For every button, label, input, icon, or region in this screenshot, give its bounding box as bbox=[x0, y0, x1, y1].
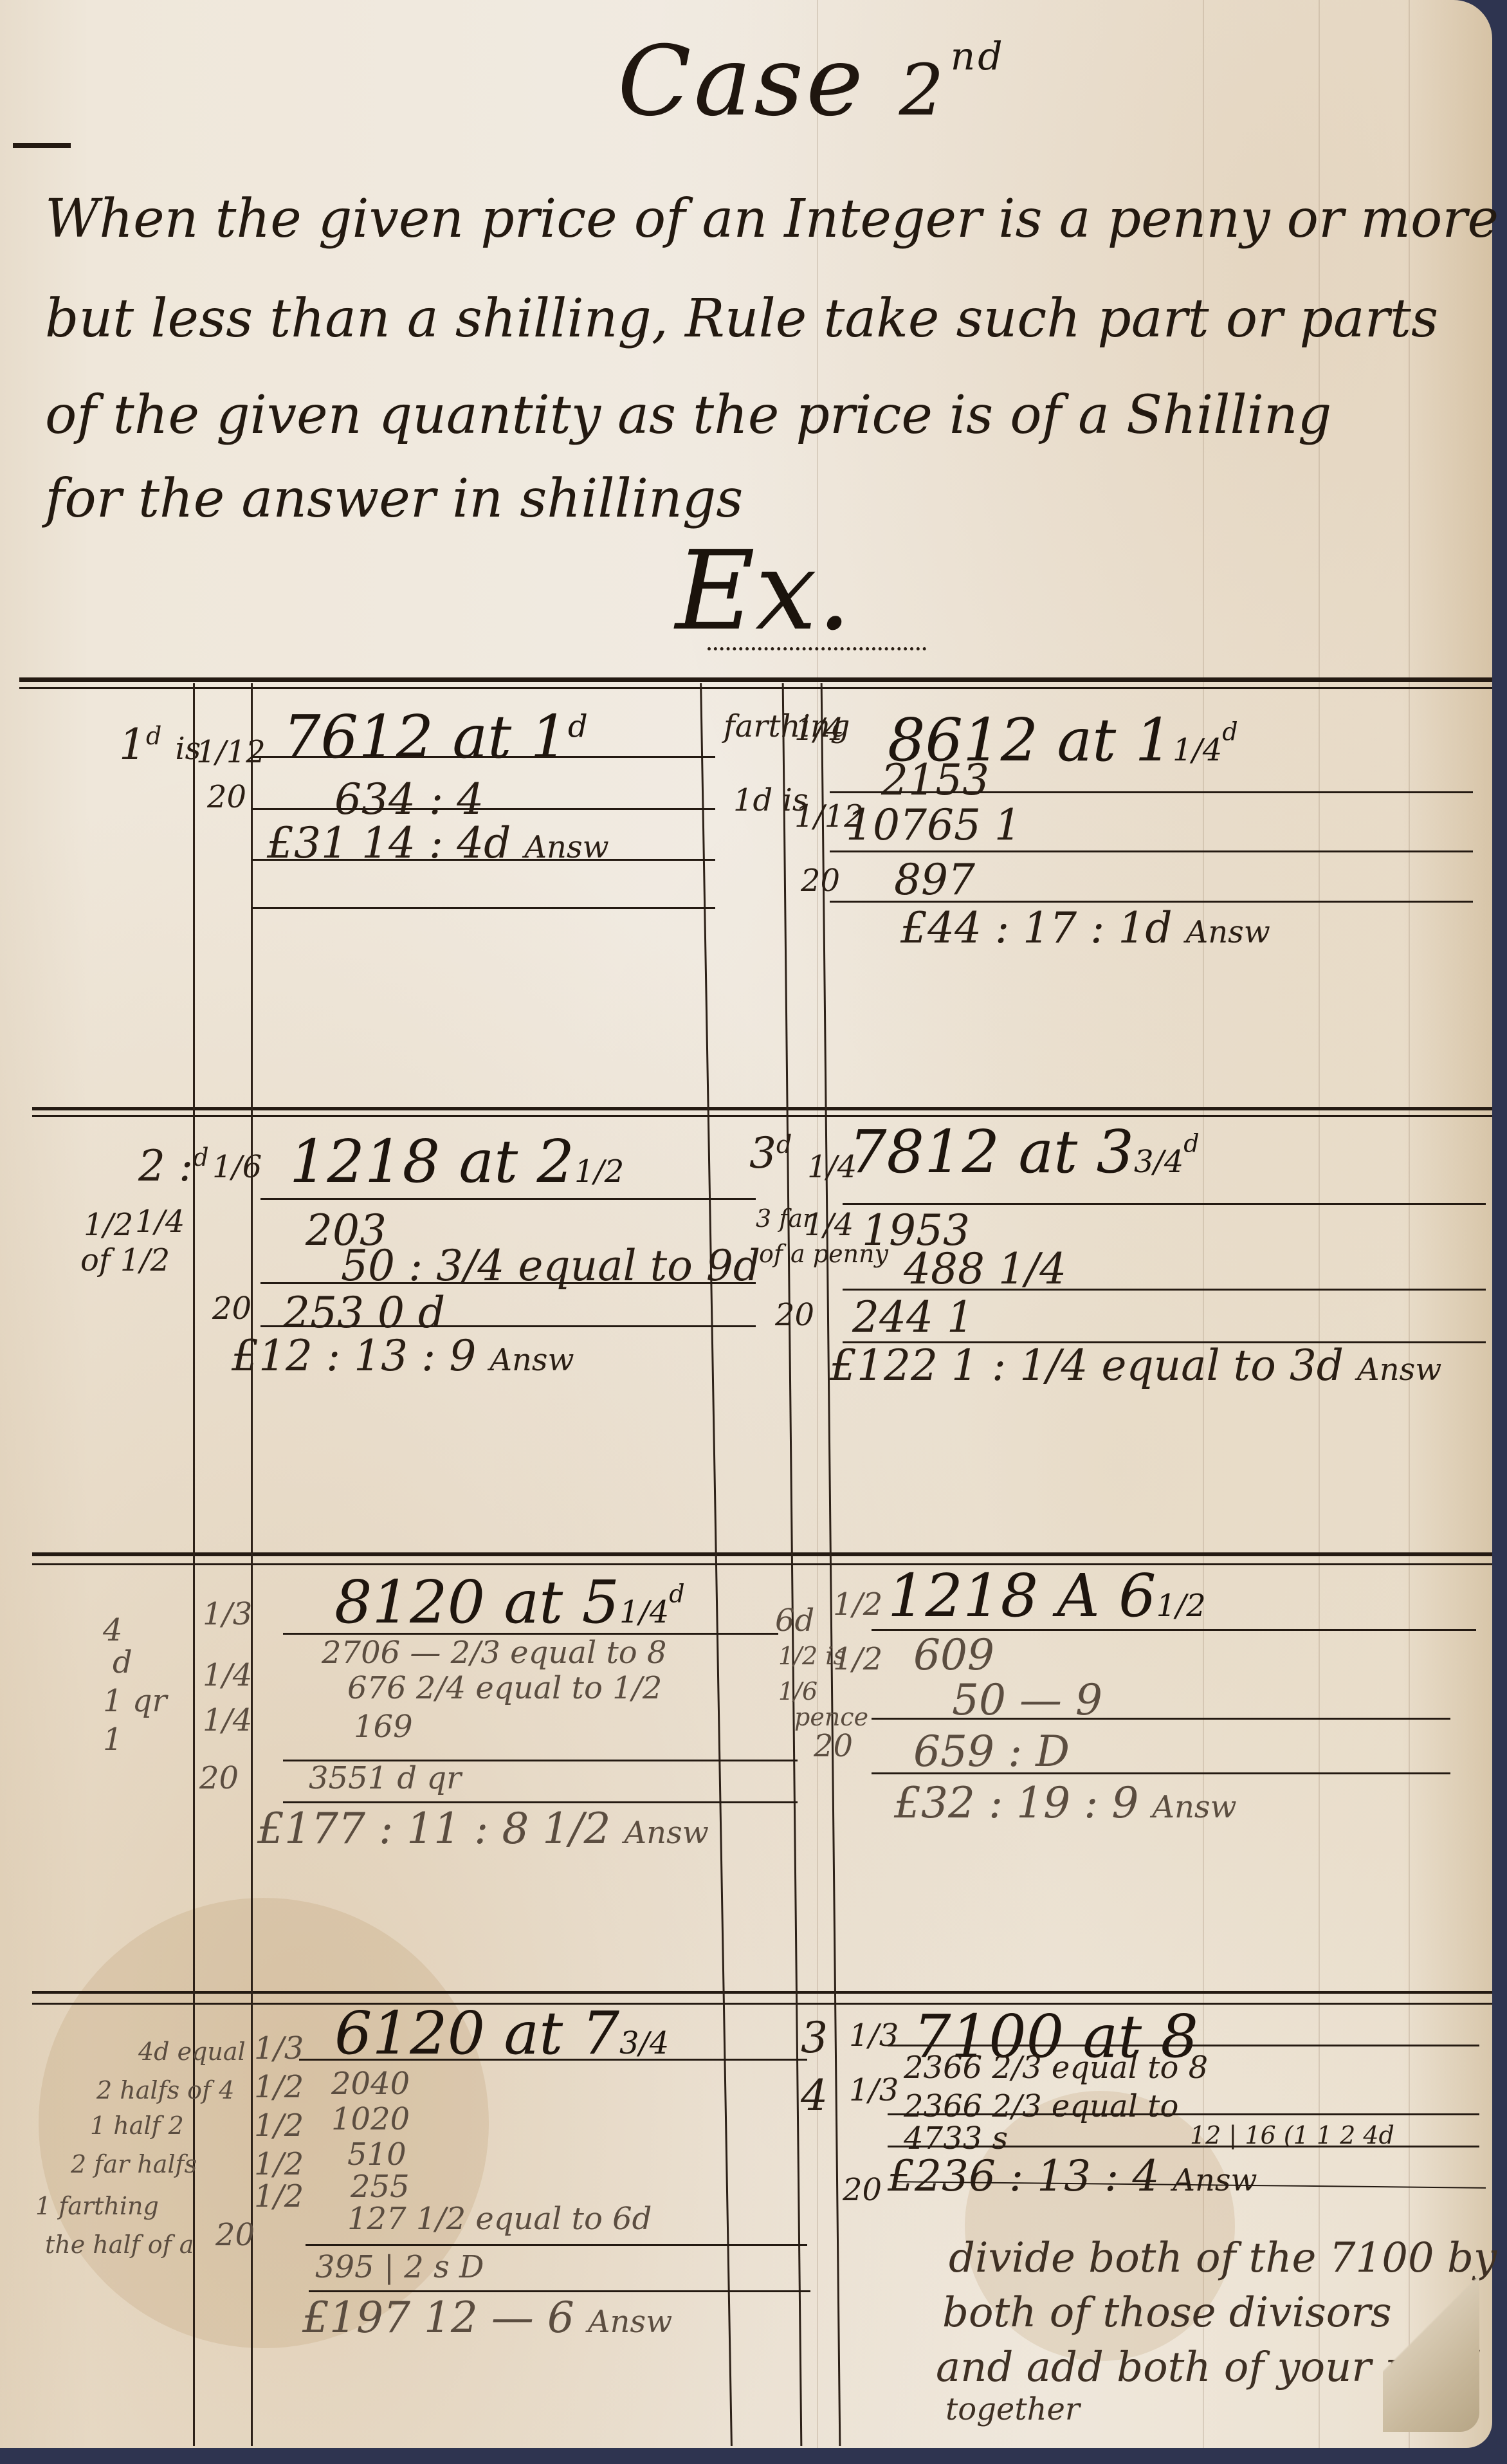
ex8-part-3: 20 bbox=[843, 2174, 882, 2205]
page-corner-curl bbox=[1383, 2265, 1479, 2432]
ex5-part-3: 1/4 bbox=[203, 1705, 252, 1736]
margin-dash bbox=[13, 143, 71, 148]
ex6-problem: 1218 A 61/2 bbox=[888, 1567, 1206, 1626]
ex1-problem: 7612 at 1d bbox=[283, 708, 588, 767]
ex5-part-4: 20 bbox=[199, 1763, 239, 1794]
ex2-work-2: 10765 1 bbox=[846, 804, 1021, 847]
ex3-margin-price: 2 :d bbox=[138, 1145, 209, 1188]
ex5-problem: 8120 at 51/4d bbox=[334, 1573, 685, 1632]
section-rule bbox=[19, 677, 1492, 682]
ex7-work-3: 510 bbox=[347, 2139, 406, 2170]
notebook-page: Case 2nd When the given price of an Inte… bbox=[0, 0, 1492, 2448]
ex7-margin-note-1: 4d equal bbox=[138, 2039, 246, 2064]
ex7-margin-note-2: 2 halfs of 4 bbox=[96, 2078, 234, 2102]
ex5-answer: £177 : 11 : 8 1/2 Answ bbox=[257, 1808, 709, 1850]
ex2-part-3: 20 bbox=[801, 865, 840, 896]
ex7-part-3: 1/2 bbox=[254, 2110, 304, 2141]
ex4-work-3: 244 1 bbox=[852, 1296, 974, 1339]
faint-margin-rule bbox=[1319, 0, 1320, 2448]
ex5-margin-note-4: 1 bbox=[103, 1724, 123, 1755]
ex3-part-1: 1/6 bbox=[212, 1152, 262, 1182]
work-rule bbox=[252, 756, 715, 758]
page-title: Case 2nd bbox=[617, 26, 1005, 138]
ex3-work-3: 253 0 d bbox=[283, 1292, 445, 1334]
ex8-margin-note-2: 4 bbox=[801, 2075, 828, 2117]
ex6-part-2: 1/2 bbox=[833, 1644, 882, 1675]
ex3-work-2: 50 : 3/4 equal to 9d bbox=[341, 1245, 760, 1287]
ex8-side-division: 12 | 16 (1 1 2 4d bbox=[1190, 2123, 1394, 2147]
ex8-margin-note-1: 3 bbox=[801, 2017, 828, 2059]
ex2-work-3: 897 bbox=[894, 859, 975, 901]
work-rule bbox=[252, 808, 715, 810]
ex8-work-3: 4733 s bbox=[904, 2123, 1008, 2154]
ex7-part-2: 1/2 bbox=[254, 2072, 304, 2102]
ex5-margin-note-2: d bbox=[113, 1647, 132, 1678]
ex5-work-2: 676 2/4 equal to 1/2 bbox=[347, 1673, 662, 1704]
ex2-work-1: 2153 bbox=[881, 759, 989, 802]
examples-heading: Ex. bbox=[675, 528, 852, 655]
ex8-work-1: 2366 2/3 equal to 8 bbox=[904, 2052, 1208, 2083]
ex7-part-4: 1/2 bbox=[254, 2149, 304, 2180]
rule-line-2: but less than a shilling, Rule take such… bbox=[45, 293, 1460, 345]
work-rule bbox=[843, 1203, 1486, 1205]
ex7-work-2: 1020 bbox=[331, 2104, 410, 2135]
ex5-work-4: 3551 d qr bbox=[309, 1763, 461, 1794]
ex8-footnote-2: both of those divisors bbox=[942, 2287, 1392, 2339]
ex7-work-6: 395 | 2 s D bbox=[315, 2252, 484, 2283]
column-rule bbox=[193, 683, 195, 2446]
work-rule bbox=[260, 1198, 756, 1200]
ex3-part-2: 20 bbox=[212, 1293, 251, 1324]
work-rule bbox=[830, 901, 1473, 903]
column-rule bbox=[251, 683, 253, 2446]
title-ordinal: 2 bbox=[899, 49, 947, 131]
work-rule bbox=[872, 1718, 1450, 1720]
ex7-margin-note-6: the half of a bbox=[45, 2232, 194, 2257]
ex5-work-3: 169 bbox=[354, 1711, 413, 1742]
ex6-margin-note-1: 6d bbox=[775, 1605, 814, 1636]
ex7-margin-note-4: 2 far halfs bbox=[71, 2152, 197, 2176]
work-rule bbox=[830, 791, 1473, 793]
work-rule bbox=[888, 2045, 1479, 2046]
ex4-work-2: 488 1/4 bbox=[904, 1248, 1066, 1291]
ex6-margin-note-3: 1/6 bbox=[778, 1679, 817, 1704]
ex6-answer: £32 : 19 : 9 Answ bbox=[894, 1782, 1237, 1825]
ex7-problem: 6120 at 73/4 bbox=[334, 2004, 669, 2063]
ex5-part-2: 1/4 bbox=[203, 1660, 252, 1691]
ex3-problem: 1218 at 21/2 bbox=[289, 1132, 624, 1191]
ex6-part-3: 20 bbox=[814, 1731, 853, 1761]
ex6-work-2: 50 — 9 bbox=[952, 1679, 1102, 1722]
section-rule bbox=[19, 687, 1492, 689]
ex5-part-1: 1/3 bbox=[203, 1599, 252, 1630]
ex6-margin-note-4: pence bbox=[794, 1705, 868, 1729]
rule-line-1: When the given price of an Integer is a … bbox=[45, 193, 1460, 246]
ex8-answer: £236 : 13 : 4 Answ bbox=[888, 2155, 1257, 2198]
ex1-margin-price: 1d is bbox=[119, 724, 201, 766]
ex2-answer: £44 : 17 : 1d Answ bbox=[900, 907, 1270, 950]
ex3-margin-note-1: 1/2 bbox=[84, 1209, 133, 1240]
ex6-part-1: 1/2 bbox=[833, 1589, 882, 1620]
ex8-part-2: 1/3 bbox=[849, 2075, 899, 2106]
ex1-part-1: 1/12 bbox=[196, 737, 266, 768]
work-rule bbox=[260, 1282, 756, 1284]
ex4-part-2: 1/4 bbox=[804, 1209, 854, 1240]
work-rule bbox=[252, 907, 715, 909]
work-rule bbox=[283, 1801, 798, 1803]
rule-line-3: of the given quantity as the price is of… bbox=[45, 389, 1460, 442]
ex5-margin-note-1: 4 bbox=[103, 1615, 123, 1646]
rule-line-4: for the answer in shillings bbox=[45, 473, 1460, 526]
ex7-answer: £197 12 — 6 Answ bbox=[302, 2297, 672, 2339]
ex4-problem: 7812 at 33/4d bbox=[849, 1123, 1200, 1182]
work-rule bbox=[872, 1772, 1450, 1774]
work-rule bbox=[309, 2290, 810, 2292]
work-rule bbox=[299, 2059, 807, 2061]
ex4-answer: £122 1 : 1/4 equal to 3d Answ bbox=[830, 1345, 1441, 1387]
ex5-work-1: 2706 — 2/3 equal to 8 bbox=[322, 1637, 666, 1668]
ex2-part-1: 1/4 bbox=[794, 714, 844, 745]
ex3-answer: £12 : 13 : 9 Answ bbox=[232, 1335, 574, 1377]
work-rule bbox=[843, 1289, 1486, 1291]
title-ordinal-suffix: nd bbox=[951, 34, 1005, 79]
ex3-margin-note-2: 1/4 bbox=[135, 1206, 185, 1237]
ex3-margin-note-3: of 1/2 bbox=[80, 1245, 170, 1276]
ex1-part-2: 20 bbox=[207, 782, 246, 813]
ex7-work-4: 255 bbox=[351, 2171, 410, 2202]
ex4-margin-price: 3d bbox=[749, 1132, 792, 1175]
ex8-work-2: 2366 2/3 equal to bbox=[904, 2091, 1178, 2122]
ex7-margin-note-3: 1 half 2 bbox=[90, 2113, 184, 2138]
title-word: Case bbox=[617, 26, 866, 138]
ex5-margin-note-3: 1 qr bbox=[103, 1686, 167, 1716]
ex7-work-5: 127 1/2 equal to 6d bbox=[347, 2203, 652, 2234]
ex7-part-5: 1/2 bbox=[254, 2181, 304, 2212]
ex6-work-1: 609 bbox=[913, 1634, 994, 1677]
ex6-work-3: 659 : D bbox=[913, 1731, 1070, 1773]
ex7-margin-note-5: 1 farthing bbox=[35, 2194, 159, 2218]
ex1-work-1: 634 : 4 bbox=[334, 778, 484, 821]
ex7-work-1: 2040 bbox=[331, 2068, 410, 2099]
work-rule bbox=[252, 859, 715, 861]
faint-margin-rule bbox=[1409, 0, 1410, 2448]
work-rule bbox=[888, 2113, 1479, 2115]
work-rule bbox=[888, 2146, 1479, 2147]
ex7-part-6: 20 bbox=[215, 2220, 255, 2250]
ex7-part-1: 1/3 bbox=[254, 2033, 304, 2064]
examples-heading-underline bbox=[708, 643, 926, 650]
ex8-footnote-4: together bbox=[945, 2390, 1080, 2429]
work-rule bbox=[260, 1325, 756, 1327]
work-rule bbox=[306, 2244, 807, 2246]
work-rule bbox=[830, 850, 1473, 852]
ex4-part-3: 20 bbox=[775, 1300, 814, 1330]
